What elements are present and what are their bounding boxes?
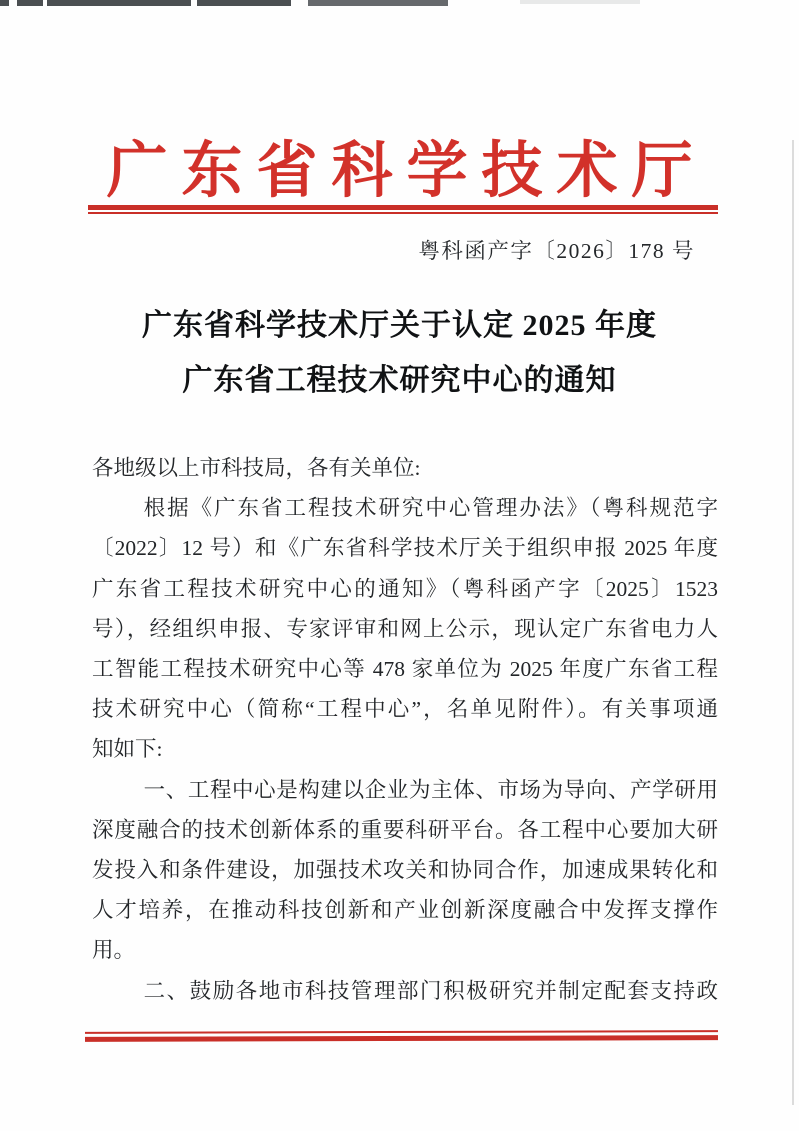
body-line: 用。 xyxy=(92,930,718,970)
notice-title: 广东省科学技术厅关于认定 2025 年度 广东省工程技术研究中心的通知 xyxy=(0,298,799,408)
scan-edge-artifact xyxy=(47,0,191,6)
scan-edge-artifact xyxy=(17,0,43,6)
salutation: 各地级以上市科技局，各有关单位: xyxy=(92,448,718,488)
body-line: 知如下: xyxy=(92,729,718,769)
footer-divider xyxy=(85,1030,718,1041)
body-line: 深度融合的技术创新体系的重要科研平台。各工程中心要加大研 xyxy=(92,810,718,850)
divider-thin-line xyxy=(88,212,718,214)
scan-edge-artifact xyxy=(0,0,9,6)
body-line: 发投入和条件建设，加强技术攻关和协同合作，加速成果转化和 xyxy=(92,850,718,890)
letterhead-divider xyxy=(88,205,718,214)
agency-name: 广东省科学技术厅 xyxy=(0,122,799,209)
body-line: 广东省工程技术研究中心的通知》（粤科函产字〔2025〕1523 xyxy=(92,569,718,609)
scan-edge-artifact xyxy=(520,0,640,4)
body-line: 二、鼓励各地市科技管理部门积极研究并制定配套支持政 xyxy=(92,971,718,1011)
body-line: 技术研究中心（简称“工程中心”，名单见附件）。有关事项通 xyxy=(92,689,718,729)
scan-edge-artifact xyxy=(197,0,291,6)
body-line: 〔2022〕12 号）和《广东省科学技术厅关于组织申报 2025 年度 xyxy=(92,528,718,568)
divider-thick-line xyxy=(85,1035,718,1041)
scan-edge-artifact xyxy=(308,0,448,6)
document-page: 广东省科学技术厅 粤科函产字〔2026〕178 号 广东省科学技术厅关于认定 2… xyxy=(0,0,799,1131)
body-line: 一、工程中心是构建以企业为主体、市场为导向、产学研用 xyxy=(92,770,718,810)
body-lines: 根据《广东省工程技术研究中心管理办法》（粤科规范字〔2022〕12 号）和《广东… xyxy=(92,488,718,1011)
document-number: 粤科函产字〔2026〕178 号 xyxy=(418,234,695,265)
notice-title-line1: 广东省科学技术厅关于认定 2025 年度 xyxy=(0,298,799,353)
body-line: 人才培养，在推动科技创新和产业创新深度融合中发挥支撑作 xyxy=(92,890,718,930)
body-line: 号），经组织申报、专家评审和网上公示，现认定广东省电力人 xyxy=(92,609,718,649)
document-body: 各地级以上市科技局，各有关单位: 根据《广东省工程技术研究中心管理办法》（粤科规… xyxy=(92,448,718,1011)
body-line: 工智能工程技术研究中心等 478 家单位为 2025 年度广东省工程 xyxy=(92,649,718,689)
notice-title-line2: 广东省工程技术研究中心的通知 xyxy=(0,353,799,408)
body-line: 根据《广东省工程技术研究中心管理办法》（粤科规范字 xyxy=(92,488,718,528)
scan-edge-line xyxy=(792,140,794,1105)
